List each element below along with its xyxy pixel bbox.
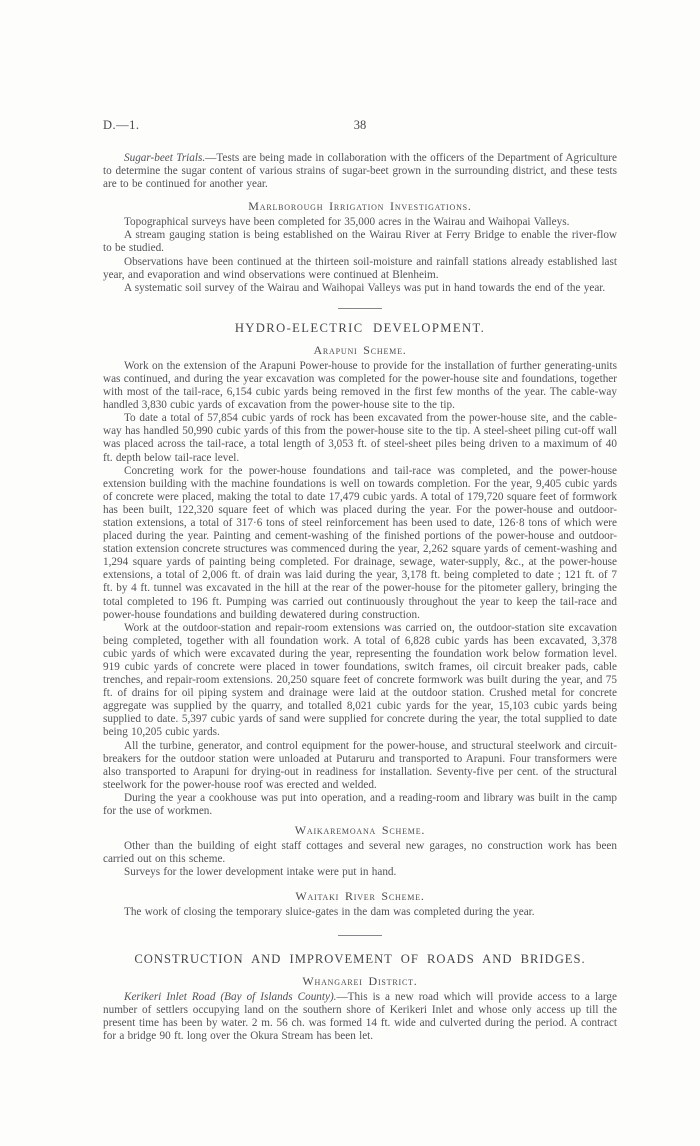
heading-hydro-electric-development: HYDRO-ELECTRIC DEVELOPMENT. <box>103 321 617 336</box>
paragraph-stream-gauging: A stream gauging station is being establ… <box>103 229 617 255</box>
paragraph-waikaremoana-surveys: Surveys for the lower development intake… <box>103 866 617 879</box>
kerikeri-inlet-road-lead: Kerikeri Inlet Road (Bay of Islands Coun… <box>124 991 336 1003</box>
section-divider <box>338 308 382 309</box>
paragraph-topographical-surveys: Topographical surveys have been complete… <box>103 216 617 229</box>
scanned-document-page: D.—1. 38 Sugar-beet Trials.—Tests are be… <box>0 0 700 1146</box>
paragraph-kerikeri-inlet-road: Kerikeri Inlet Road (Bay of Islands Coun… <box>103 991 617 1043</box>
heading-whangarei-district: Whangarei District. <box>103 974 617 988</box>
paragraph-arapuni-concreting: Concreting work for the power-house foun… <box>103 465 617 622</box>
page-number: 38 <box>103 118 617 133</box>
heading-waikaremoana-scheme: Waikaremoana Scheme. <box>103 823 617 837</box>
heading-arapuni-scheme: Arapuni Scheme. <box>103 343 617 357</box>
paragraph-waikaremoana-cottages: Other than the building of eight staff c… <box>103 840 617 866</box>
heading-waitaki-river-scheme: Waitaki River Scheme. <box>103 889 617 903</box>
paragraph-waitaki-sluice-gates: The work of closing the temporary sluice… <box>103 906 617 919</box>
paragraph-arapuni-extension: Work on the extension of the Arapuni Pow… <box>103 360 617 412</box>
page-header: D.—1. 38 <box>103 118 617 132</box>
heading-marlborough-irrigation: Marlborough Irrigation Investigations. <box>103 199 617 213</box>
heading-roads-and-bridges: CONSTRUCTION AND IMPROVEMENT OF ROADS AN… <box>103 952 617 967</box>
text-block: D.—1. 38 Sugar-beet Trials.—Tests are be… <box>103 118 617 1043</box>
paragraph-soil-survey: A systematic soil survey of the Wairau a… <box>103 282 617 295</box>
paragraph-soil-moisture-observations: Observations have been continued at the … <box>103 256 617 282</box>
paragraph-arapuni-outdoor-station: Work at the outdoor-station and repair-r… <box>103 622 617 740</box>
paragraph-sugar-beet-trials: Sugar-beet Trials.—Tests are being made … <box>103 152 617 191</box>
paragraph-arapuni-excavation-totals: To date a total of 57,854 cubic yards of… <box>103 412 617 464</box>
sugar-beet-trials-lead: Sugar-beet Trials. <box>124 152 205 164</box>
paragraph-arapuni-equipment: All the turbine, generator, and control … <box>103 740 617 792</box>
section-divider <box>338 935 382 936</box>
paragraph-arapuni-cookhouse: During the year a cookhouse was put into… <box>103 792 617 818</box>
